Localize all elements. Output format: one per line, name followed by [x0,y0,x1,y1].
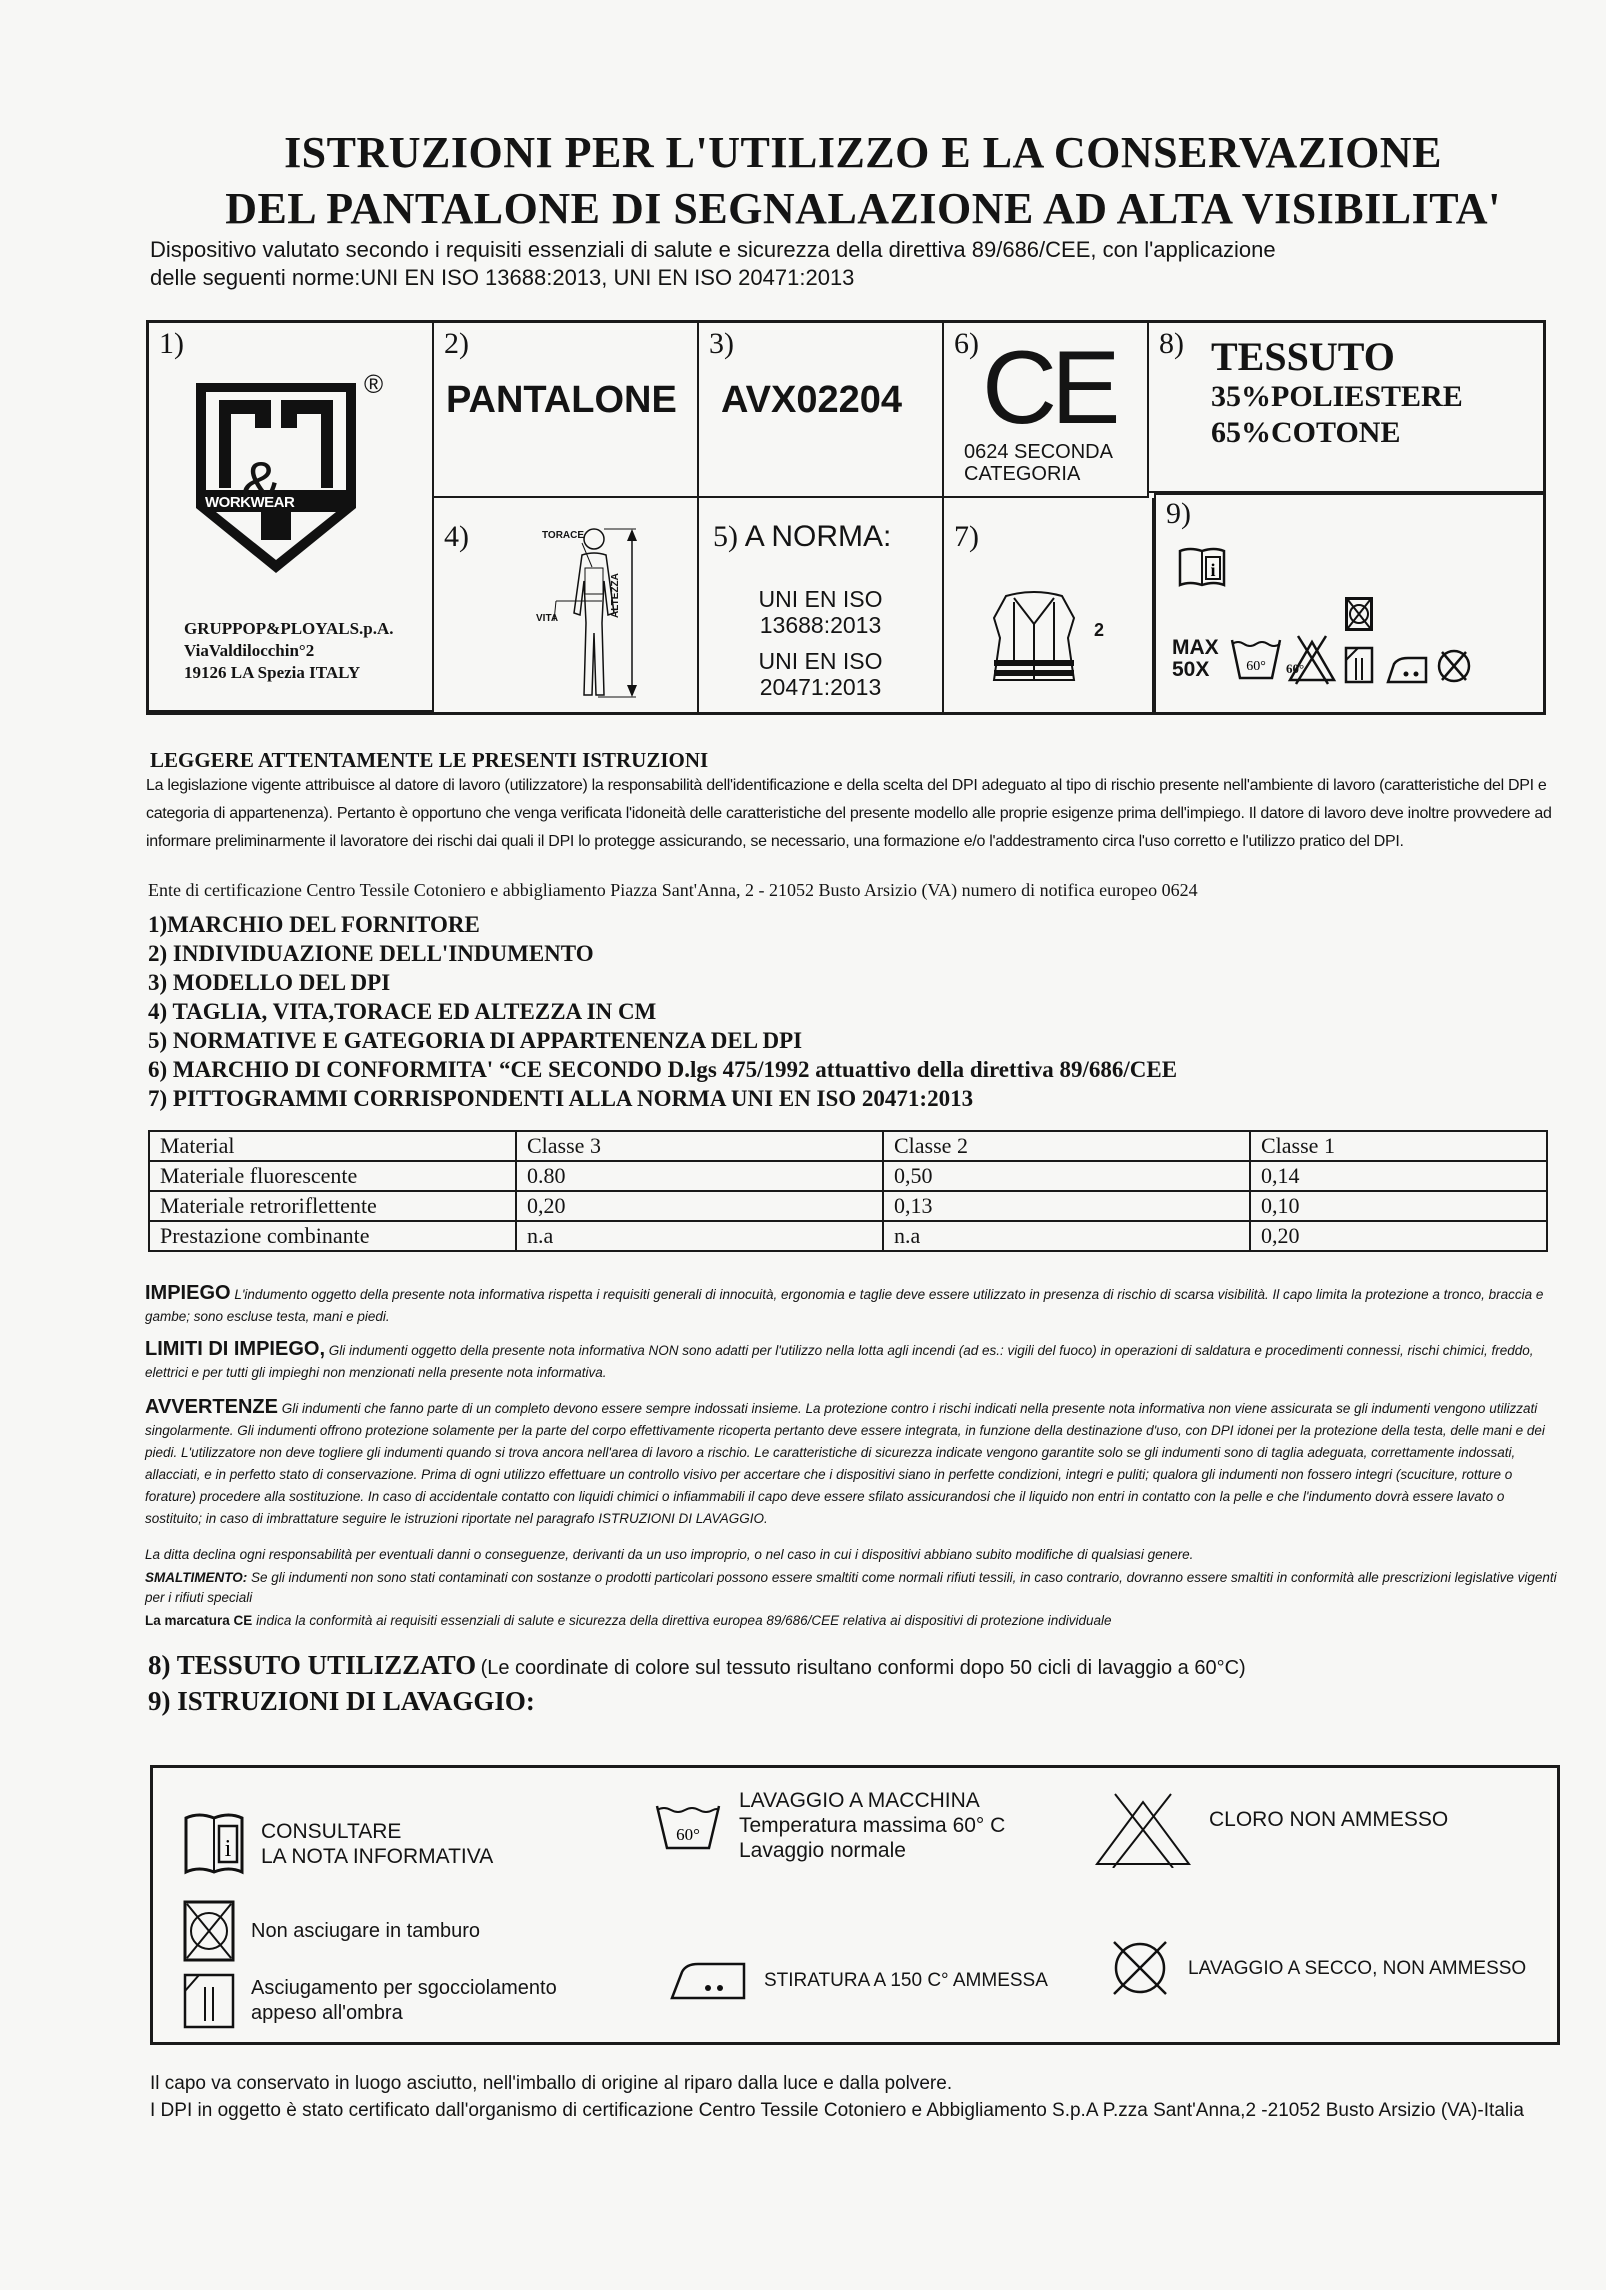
model-code: AVX02204 [721,379,902,422]
table-cell: 0,13 [883,1191,1250,1221]
cell-number: 6) [954,327,979,361]
norm-heading: 5) A NORMA: [713,520,891,554]
drip-dry-text: Asciugamento per sgocciolamento appeso a… [251,1976,557,2026]
washing-instructions-box: i CONSULTARE LA NOTA INFORMATIVA 60° LAV… [150,1765,1560,2045]
label-cell-model: 3) AVX02204 [699,323,944,498]
hi-vis-vest-icon [984,588,1084,688]
machine-wash-text: LAVAGGIO A MACCHINA Temperatura massima … [739,1788,1005,1863]
fabric-heading: TESSUTO [1211,335,1463,379]
svg-text:60°: 60° [676,1825,700,1844]
norm-heading-text: A NORMA: [745,520,892,553]
address-city: 19126 LA Spezia ITALY [184,662,394,684]
iron-150-icon [668,1958,748,2002]
storage-note: Il capo va conservato in luogo asciutto,… [150,2070,1570,2097]
torace-label: TORACE [542,530,584,541]
subtitle-line-2: delle seguenti norme:UNI EN ISO 13688:20… [150,264,1500,292]
legend-item: 5) NORMATIVE E GATEGORIA DI APPARTENENZA… [148,1026,1448,1055]
body-measurement-icon [494,523,664,703]
vita-label: VITA [536,613,558,624]
table-cell: 0,14 [1250,1161,1547,1191]
norm-2b: 20471:2013 [699,674,942,700]
consult-manual-icon: i [1178,545,1226,591]
table-cell: 0,50 [883,1161,1250,1191]
table-cell: n.a [883,1221,1250,1251]
cell-number: 4) [444,520,469,554]
wash-item-tumble: Non asciugare in tamburo [183,1900,480,1962]
address-street: ViaValdilocchin°2 [184,640,394,662]
legend-item: 4) TAGLIA, VITA,TORACE ED ALTEZZA IN CM [148,997,1448,1026]
wash-item-dry-clean: LAVAGGIO A SECCO, NON AMMESSO [1108,1938,1526,1998]
certification-note: I DPI in oggetto è stato certificato dal… [150,2097,1570,2124]
company-name: GRUPPOP&PLOYALS.p.A. [184,618,394,640]
no-tumble-dry-icon [183,1900,235,1962]
subtitle-line-1: Dispositivo valutato secondo i requisiti… [150,236,1500,264]
max-wash-count: MAX 50X [1172,637,1219,681]
label-cell-pictogram: 7) 2 [944,498,1154,712]
svg-text:60°: 60° [1246,659,1266,674]
machine-line-2: Temperatura massima 60° C [739,1813,1005,1838]
disclaimer: La ditta declina ogni responsabilità per… [145,1544,1565,1566]
section-8-heading: 8) TESSUTO UTILIZZATO [148,1650,476,1680]
drip-line-1: Asciugamento per sgocciolamento [251,1976,557,2001]
read-instructions-heading: LEGGERE ATTENTAMENTE LE PRESENTI ISTRUZI… [150,748,708,773]
consult-line-1: CONSULTARE [261,1819,493,1844]
smaltimento-section: SMALTIMENTO: Se gli indumenti non sono s… [145,1568,1565,1608]
supplier-address: GRUPPOP&PLOYALS.p.A. ViaValdilocchin°2 1… [184,618,394,684]
tumble-text: Non asciugare in tamburo [251,1919,480,1944]
label-cell-size: 4) TORACE VITA ALTEZZA [434,498,699,712]
fabric-composition: TESSUTO 35%POLIESTERE 65%COTONE [1211,335,1463,451]
machine-line-1: LAVAGGIO A MACCHINA [739,1788,1005,1813]
svg-text:i: i [225,1836,232,1862]
norm-1b: 13688:2013 [699,612,942,638]
cell-number: 5) [713,520,738,553]
dry-clean-text: LAVAGGIO A SECCO, NON AMMESSO [1188,1956,1526,1981]
machine-line-3: Lavaggio normale [739,1838,1005,1863]
fabric-cotton: 65%COTONE [1211,415,1463,451]
norm-list: UNI EN ISO 13688:2013 UNI EN ISO 20471:2… [699,586,942,700]
consult-text: CONSULTARE LA NOTA INFORMATIVA [261,1819,493,1869]
machine-wash-60-icon: 60° [653,1798,723,1854]
intro-paragraph: La legislazione vigente attribuisce al d… [146,772,1566,856]
table-header: Classe 3 [516,1131,883,1161]
avvertenze-keyword: AVVERTENZE [145,1396,278,1418]
table-header: Classe 2 [883,1131,1250,1161]
wash-item-drip-dry: Asciugamento per sgocciolamento appeso a… [183,1973,557,2029]
document-title-line-1: ISTRUZIONI PER L'UTILIZZO E LA CONSERVAZ… [60,128,1606,178]
table-row: Materiale fluorescente 0.80 0,50 0,14 [149,1161,1547,1191]
section-8-text: (Le coordinate di colore sul tessuto ris… [481,1657,1246,1679]
certification-body: Ente di certificazione Centro Tessile Co… [148,880,1568,901]
table-row: Materiale retroriflettente 0,20 0,13 0,1… [149,1191,1547,1221]
cell-number: 8) [1159,327,1184,361]
smaltimento-text: Se gli indumenti non sono stati contamin… [145,1570,1557,1605]
smaltimento-keyword: SMALTIMENTO: [145,1570,247,1585]
table-cell: Materiale fluorescente [149,1161,516,1191]
legend-item: 3) MODELLO DEL DPI [148,968,1448,997]
section-9-heading: 9) ISTRUZIONI DI LAVAGGIO: [148,1686,535,1717]
wash-item-consult: i CONSULTARE LA NOTA INFORMATIVA [183,1808,493,1880]
ce-line-2: CATEGORIA [964,463,1113,485]
ce-marking-note: La marcatura CE indica la conformità ai … [145,1610,1565,1632]
product-label-grid: 1) ® & WORKWEAR GRUPPOP&PLOYALS.p.A. Via… [146,320,1546,715]
logo-workwear-text: WORKWEAR [205,494,294,511]
label-cell-fabric: 8) TESSUTO 35%POLIESTERE 65%COTONE [1149,323,1543,493]
cell-number: 2) [444,327,469,361]
wash-item-chlorine: CLORO NON AMMESSO [1093,1792,1448,1868]
table-cell: Materiale retroriflettente [149,1191,516,1221]
altezza-label: ALTEZZA [610,573,621,618]
ce-marking-keyword: La marcatura CE [145,1613,252,1628]
drip-dry-shade-icon [183,1973,235,2029]
table-cell: 0,20 [516,1191,883,1221]
garment-name: PANTALONE [446,379,677,422]
care-symbols-row-icon: 60° [1228,630,1528,690]
legend-item: 7) PITTOGRAMMI CORRISPONDENTI ALLA NORMA… [148,1084,1448,1113]
impiego-section: IMPIEGO L'indumento oggetto della presen… [145,1282,1565,1328]
label-cell-supplier-mark: 1) ® & WORKWEAR GRUPPOP&PLOYALS.p.A. Via… [149,323,434,712]
no-chlorine-icon [1093,1792,1193,1868]
table-header: Material [149,1131,516,1161]
document-title-line-2: DEL PANTALONE DI SEGNALAZIONE AD ALTA VI… [60,184,1606,234]
drip-line-2: appeso all'ombra [251,2001,557,2026]
legend-item: 2) INDIVIDUAZIONE DELL'INDUMENTO [148,939,1448,968]
ce-marking-text: indica la conformità ai requisiti essenz… [256,1613,1111,1628]
fabric-polyester: 35%POLIESTERE [1211,379,1463,415]
table-header: Classe 1 [1250,1131,1547,1161]
norm-2a: UNI EN ISO [699,648,942,674]
limiti-section: LIMITI DI IMPIEGO, Gli indumenti oggetto… [145,1338,1565,1384]
limiti-text: Gli indumenti oggetto della presente not… [145,1343,1533,1380]
cell-number: 9) [1166,497,1191,531]
performance-table: Material Classe 3 Classe 2 Classe 1 Mate… [148,1130,1548,1252]
consult-manual-icon: i [183,1808,245,1880]
cell-number: 7) [954,520,979,554]
iron-text: STIRATURA A 150 C° AMMESSA [764,1968,1048,1993]
avvertenze-section: AVVERTENZE Gli indumenti che fanno parte… [145,1396,1565,1530]
no-dry-clean-icon [1108,1938,1172,1998]
document-subtitle: Dispositivo valutato secondo i requisiti… [150,236,1500,292]
registered-mark: ® [364,369,383,400]
cell-number: 3) [709,327,734,361]
wash-temp-label: 60° [1286,661,1304,677]
no-tumble-dry-icon [1345,597,1373,631]
section-fabric-used: 8) TESSUTO UTILIZZATO (Le coordinate di … [148,1650,1568,1681]
label-cell-garment: 2) PANTALONE [434,323,699,498]
table-cell: n.a [516,1221,883,1251]
table-cell: Prestazione combinante [149,1221,516,1251]
impiego-keyword: IMPIEGO [145,1282,231,1304]
ce-category: 0624 SECONDA CATEGORIA [964,441,1113,485]
wash-item-iron: STIRATURA A 150 C° AMMESSA [668,1958,1048,2002]
table-cell: 0,20 [1250,1221,1547,1251]
norm-1a: UNI EN ISO [699,586,942,612]
cell-number: 1) [159,327,184,361]
impiego-text: L'indumento oggetto della presente nota … [145,1287,1543,1324]
consult-line-2: LA NOTA INFORMATIVA [261,1844,493,1869]
ce-line-1: 0624 SECONDA [964,441,1113,463]
table-row: Prestazione combinante n.a n.a 0,20 [149,1221,1547,1251]
vest-class: 2 [1094,620,1104,641]
avvertenze-text: Gli indumenti che fanno parte di un comp… [145,1401,1545,1526]
legend-item: 6) MARCHIO DI CONFORMITA' “CE SECONDO D.… [148,1055,1448,1084]
table-cell: 0.80 [516,1161,883,1191]
chlorine-text: CLORO NON AMMESSO [1209,1807,1448,1832]
wash-item-machine: 60° LAVAGGIO A MACCHINA Temperatura mass… [653,1788,1005,1863]
label-cell-norms: 5) A NORMA: UNI EN ISO 13688:2013 UNI EN… [699,498,944,712]
table-header-row: Material Classe 3 Classe 2 Classe 1 [149,1131,1547,1161]
table-cell: 0,10 [1250,1191,1547,1221]
legend-item: 1)MARCHIO DEL FORNITORE [148,910,1448,939]
ce-mark-icon: CE [982,333,1114,443]
label-cell-ce-mark: 6) CE 0624 SECONDA CATEGORIA [944,323,1149,498]
max-label: MAX [1172,637,1219,659]
limiti-keyword: LIMITI DI IMPIEGO, [145,1338,325,1360]
max-count: 50X [1172,659,1219,681]
label-legend-list: 1)MARCHIO DEL FORNITORE 2) INDIVIDUAZION… [148,910,1448,1113]
svg-text:i: i [1210,560,1215,580]
label-cell-care-symbols: 9) i MAX 50X 60° [1154,493,1543,712]
